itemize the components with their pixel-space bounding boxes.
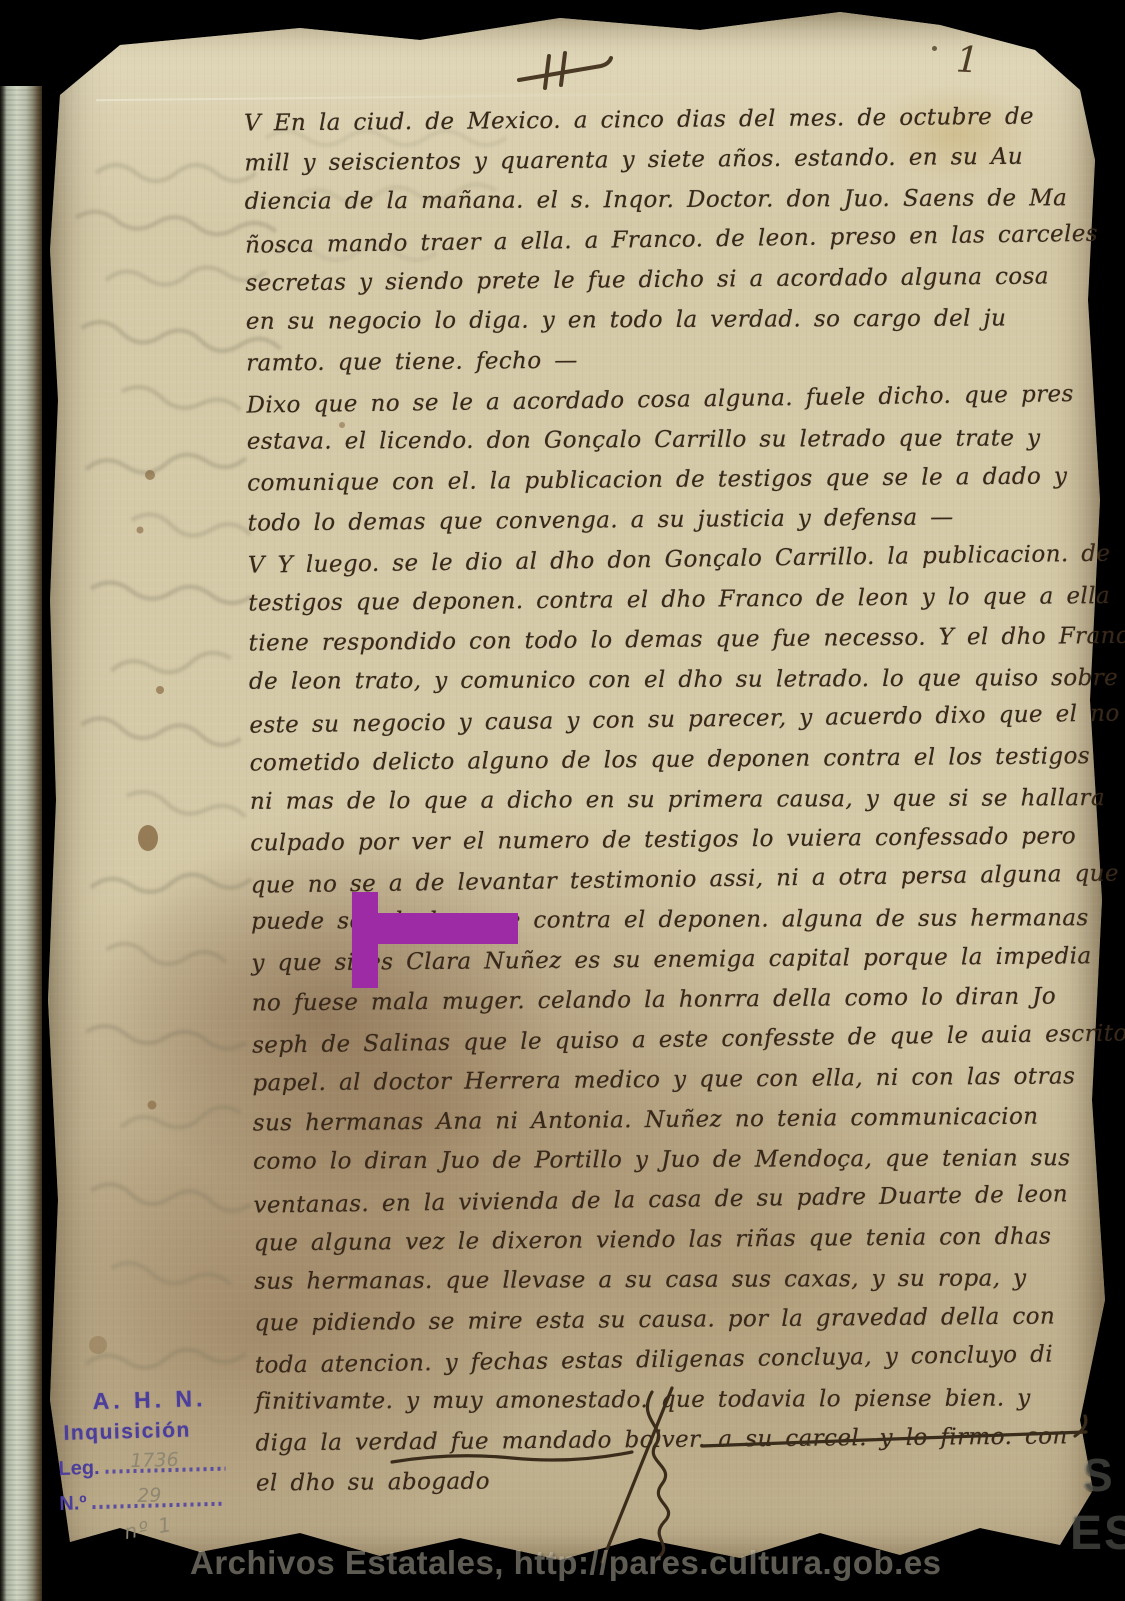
- manuscript-line: en su negocio lo diga. y en todo la verd…: [246, 298, 1056, 342]
- stamp-legajo-label: Leg.: [58, 1457, 100, 1480]
- archive-stamp: A. H. N. Inquisición Leg. 1736 N.º 29: [56, 1383, 289, 1516]
- closing-rule-right: [702, 1432, 1086, 1446]
- manuscript-line: sus hermanas. que llevase a su casa sus …: [254, 1258, 1064, 1302]
- manuscript-line: estava. el licendo. don Gonçalo Carrillo…: [247, 418, 1057, 462]
- stamp-number-label: N.º: [59, 1492, 87, 1515]
- manuscript-text-block: V En la ciud. de Mexico. a cinco dias de…: [244, 96, 1066, 1503]
- book-binding: [0, 86, 42, 1601]
- purple-marker-annotation: [352, 913, 518, 944]
- stamp-section-label: Inquisición: [63, 1416, 288, 1446]
- manuscript-line: sus hermanas Ana ni Antonia. Nuñez no te…: [253, 1096, 1063, 1143]
- manuscript-line: V En la ciud. de Mexico. a cinco dias de…: [244, 96, 1054, 143]
- expediente-number-pencil: 29: [137, 1484, 162, 1507]
- manuscript-line: mill y seiscientos y quarenta y siete añ…: [244, 136, 1054, 183]
- ink-dot: [932, 46, 937, 51]
- manuscript-line: ni mas de lo que a dicho en su primera c…: [250, 778, 1060, 822]
- stamp-legajo-row: Leg. 1736: [58, 1452, 289, 1481]
- manuscript-line: comunique con el. la publicacion de test…: [247, 456, 1057, 503]
- closing-rule-left: [392, 1452, 632, 1462]
- folio-number: 1: [955, 39, 980, 81]
- invocation-cross: [505, 38, 645, 98]
- watermark-corner-fragment: S: [1082, 1448, 1113, 1502]
- manuscript-scan-viewer: { "document": { "folio_number": "1", "la…: [0, 0, 1125, 1601]
- watermark-corner-fragment: ES: [1070, 1506, 1125, 1561]
- manuscript-line: tiene respondido con todo lo demas que f…: [248, 616, 1058, 663]
- legajo-number-pencil: 1736: [130, 1449, 179, 1472]
- watermark: Archivos Estatales, http://pares.cultura…: [190, 1544, 1125, 1582]
- notary-rubric: [380, 1380, 1100, 1570]
- stamp-archive-initials: A. H. N.: [92, 1383, 287, 1415]
